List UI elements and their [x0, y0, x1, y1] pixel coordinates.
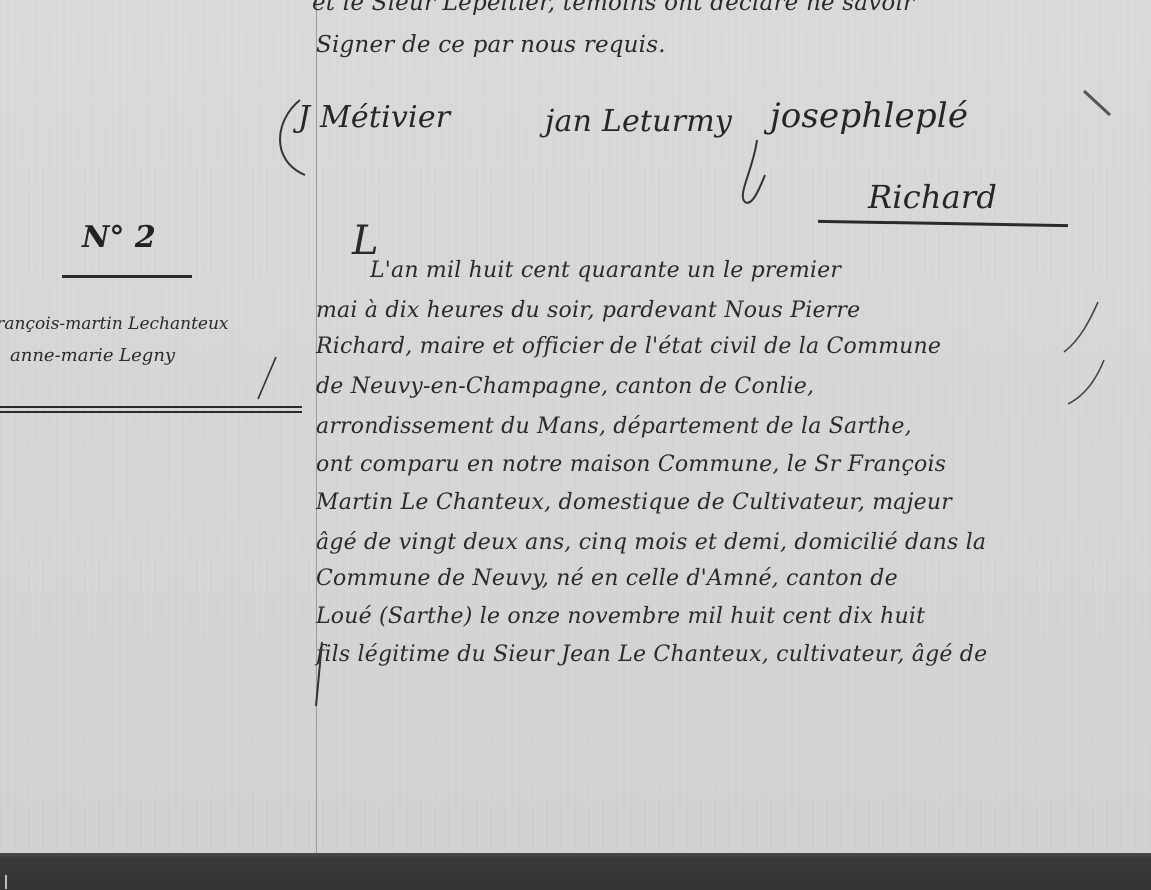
body-line-5: arrondissement du Mans, département de l…	[316, 414, 912, 439]
signature-mayor-richard: Richard	[868, 178, 997, 216]
body-line-7: Martin Le Chanteux, domestique de Cultiv…	[316, 490, 952, 515]
margin-name-stroke	[250, 355, 290, 405]
body-line-10: Loué (Sarthe) le onze novembre mil huit …	[316, 604, 925, 629]
margin-name-bride: anne-marie Legny	[10, 345, 175, 366]
right-edge-strokes	[1060, 300, 1110, 440]
text-line-continuation-2: Signer de ce par nous requis.	[316, 32, 666, 58]
document-page: et le Sieur Lepeltier, temoins ont decla…	[0, 0, 1151, 853]
body-line-1: L'an mil huit cent quarante un le premie…	[370, 258, 841, 283]
margin-name-groom: françois-martin Lechanteux	[0, 314, 229, 334]
body-line-2: mai à dix heures du soir, pardevant Nous…	[316, 298, 860, 323]
body-line-6: ont comparu en notre maison Commune, le …	[316, 452, 946, 477]
entry-number: N° 2	[82, 220, 156, 255]
body-line-3: Richard, maire et officier de l'état civ…	[316, 334, 941, 359]
descender-stroke	[312, 640, 332, 710]
edge-tick-mark	[5, 875, 7, 889]
body-line-4: de Neuvy-en-Champagne, canton de Conlie,	[316, 374, 814, 399]
signature-leple: josephleplé	[770, 96, 968, 136]
body-line-8: âgé de vingt deux ans, cinq mois et demi…	[316, 530, 986, 555]
flourish-right-stroke	[1080, 85, 1120, 125]
text-line-continuation-1: et le Sieur Lepeltier, temoins ont decla…	[312, 0, 914, 16]
flourish-descender	[735, 140, 775, 210]
margin-double-rule-1	[0, 406, 302, 408]
signature-leturmy: jan Leturmy	[545, 104, 732, 139]
entry-number-underline	[62, 275, 192, 278]
margin-double-rule-2	[0, 411, 302, 413]
body-line-9: Commune de Neuvy, né en celle d'Amné, ca…	[316, 566, 898, 591]
scan-bottom-edge	[0, 853, 1151, 890]
flourish-left-paren	[270, 90, 330, 180]
signature-underline	[818, 220, 1068, 227]
body-line-11: fils légitime du Sieur Jean Le Chanteux,…	[316, 642, 987, 667]
